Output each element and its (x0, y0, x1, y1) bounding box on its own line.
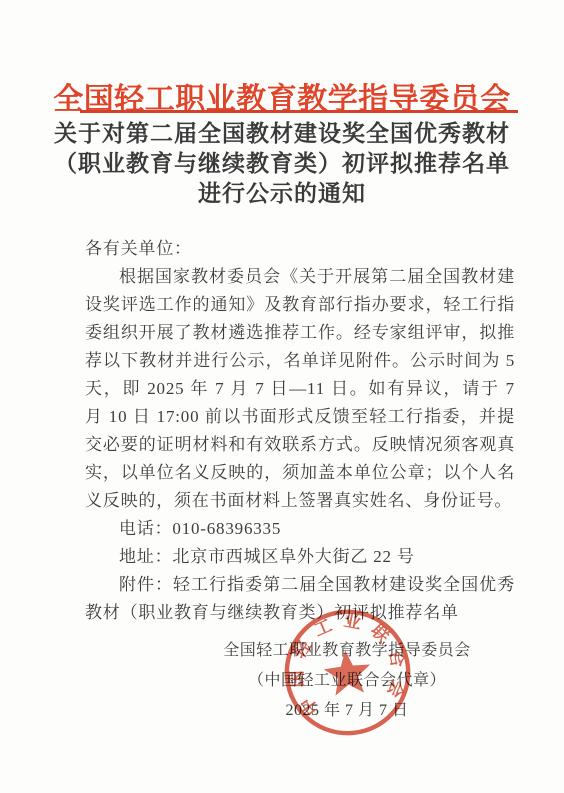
document-body: 各有关单位： 根据国家教材委员会《关于开展第二届全国教材建设奖评选工作的通知》及… (85, 235, 515, 627)
document-title-line3: 进行公示的通知 (0, 179, 564, 209)
document-title: 关于对第二届全国教材建设奖全国优秀教材 （职业教育与继续教育类）初评拟推荐名单 … (0, 119, 564, 209)
seal-star-icon (322, 648, 373, 697)
document-title-line2: （职业教育与继续教育类）初评拟推荐名单 (0, 149, 564, 179)
document-title-line1: 关于对第二届全国教材建设奖全国优秀教材 (0, 119, 564, 149)
salutation: 各有关单位： (85, 235, 515, 263)
official-seal-stamp: 中国轻工业联合会 (272, 597, 423, 748)
phone-line: 电话：010-68396335 (85, 515, 515, 543)
document-page: 全国轻工职业教育教学指导委员会 关于对第二届全国教材建设奖全国优秀教材 （职业教… (0, 0, 564, 793)
body-paragraph: 根据国家教材委员会《关于开展第二届全国教材建设奖评选工作的通知》及教育部行指办要… (85, 263, 515, 515)
address-line: 地址：北京市西城区阜外大街乙 22 号 (85, 543, 515, 571)
header-divider-rule (80, 110, 518, 113)
